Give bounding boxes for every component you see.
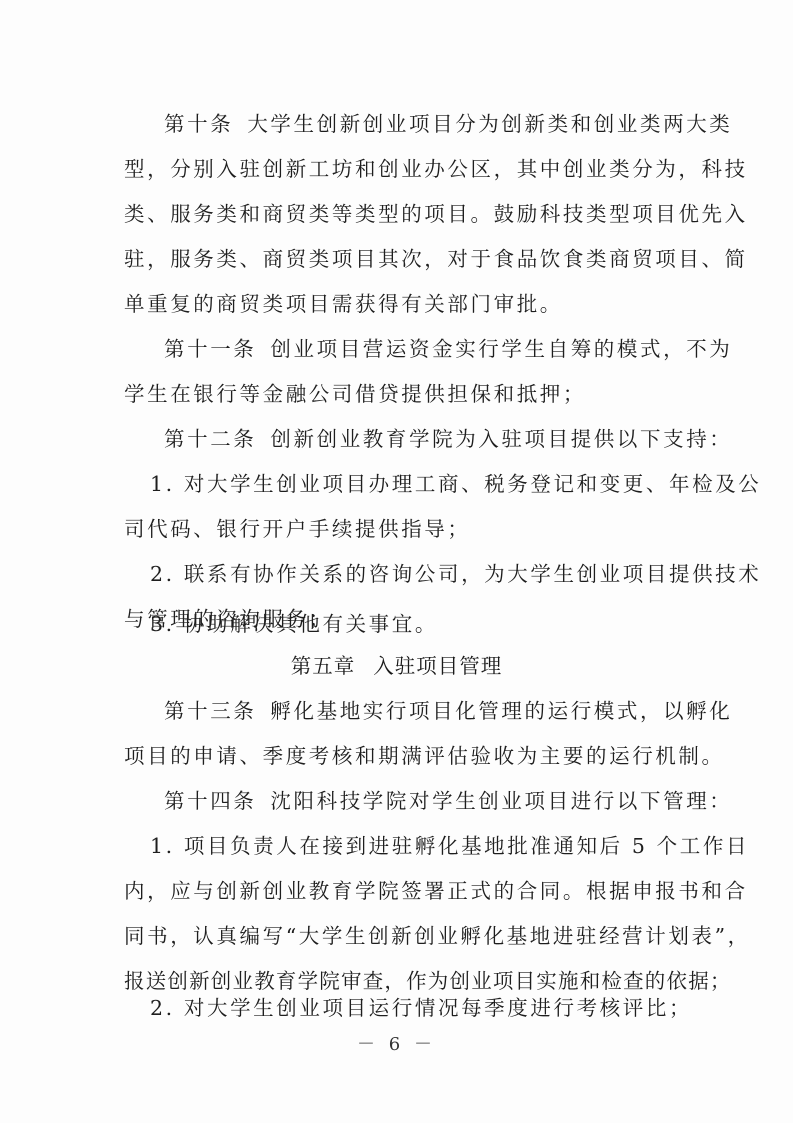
- article-12-item-1-line-2: 司代码、银行开户手续提供指导；: [124, 509, 696, 549]
- article-number: 第十二条: [164, 427, 256, 451]
- chapter-title: 入驻项目管理: [373, 654, 502, 678]
- article-13-line-1: 第十三条孵化基地实行项目化管理的运行模式，以孵化: [164, 691, 696, 731]
- article-14-item-2-line-1: 2. 对大学生创业项目运行情况每季度进行考核评比；: [150, 988, 696, 1028]
- page-number: － 6 －: [0, 1030, 793, 1056]
- article-number: 第十四条: [164, 789, 256, 813]
- article-14-item-1-line-2: 内，应与创新创业教育学院签署正式的合同。根据申报书和合: [124, 871, 696, 911]
- article-14-item-1-line-1: 1. 项目负责人在接到进驻孵化基地批准通知后 5 个工作日: [150, 826, 696, 866]
- article-13-line-2: 项目的申请、季度考核和期满评估验收为主要的运行机制。: [124, 736, 696, 776]
- chapter-number: 第五章: [291, 654, 356, 678]
- article-10-line-3: 类、服务类和商贸类等类型的项目。鼓励科技类型项目优先入: [124, 194, 696, 234]
- article-12-item-1-line-1: 1. 对大学生创业项目办理工商、税务登记和变更、年检及公: [150, 464, 696, 504]
- article-10-line-2: 型，分别入驻创新工坊和创业办公区，其中创业类分为，科技: [124, 149, 696, 189]
- article-number: 第十条: [164, 112, 233, 136]
- article-10-line-5: 单重复的商贸类项目需获得有关部门审批。: [124, 284, 696, 324]
- document-page: 第十条大学生创新创业项目分为创新类和创业类两大类 型，分别入驻创新工坊和创业办公…: [0, 0, 793, 1123]
- article-11-line-2: 学生在银行等金融公司借贷提供担保和抵押；: [124, 374, 696, 414]
- article-number: 第十三条: [164, 699, 256, 723]
- article-14-item-1-line-3: 同书，认真编写“大学生创新创业孵化基地进驻经营计划表”，: [124, 916, 696, 956]
- chapter-heading: 第五章入驻项目管理: [0, 646, 793, 686]
- article-10-line-1: 第十条大学生创新创业项目分为创新类和创业类两大类: [164, 104, 696, 144]
- article-12-item-3-line-1: 3. 协助解决其他有关事宜。: [150, 604, 696, 644]
- article-12-item-2-line-1: 2. 联系有协作关系的咨询公司，为大学生创业项目提供技术: [150, 554, 696, 594]
- article-10-line-4: 驻，服务类、商贸类项目其次，对于食品饮食类商贸项目、简: [124, 239, 696, 279]
- article-14-line-1: 第十四条沈阳科技学院对学生创业项目进行以下管理：: [164, 781, 696, 821]
- article-11-line-1: 第十一条创业项目营运资金实行学生自筹的模式，不为: [164, 329, 696, 369]
- article-12-line-1: 第十二条创新创业教育学院为入驻项目提供以下支持：: [164, 419, 696, 459]
- article-number: 第十一条: [164, 337, 256, 361]
